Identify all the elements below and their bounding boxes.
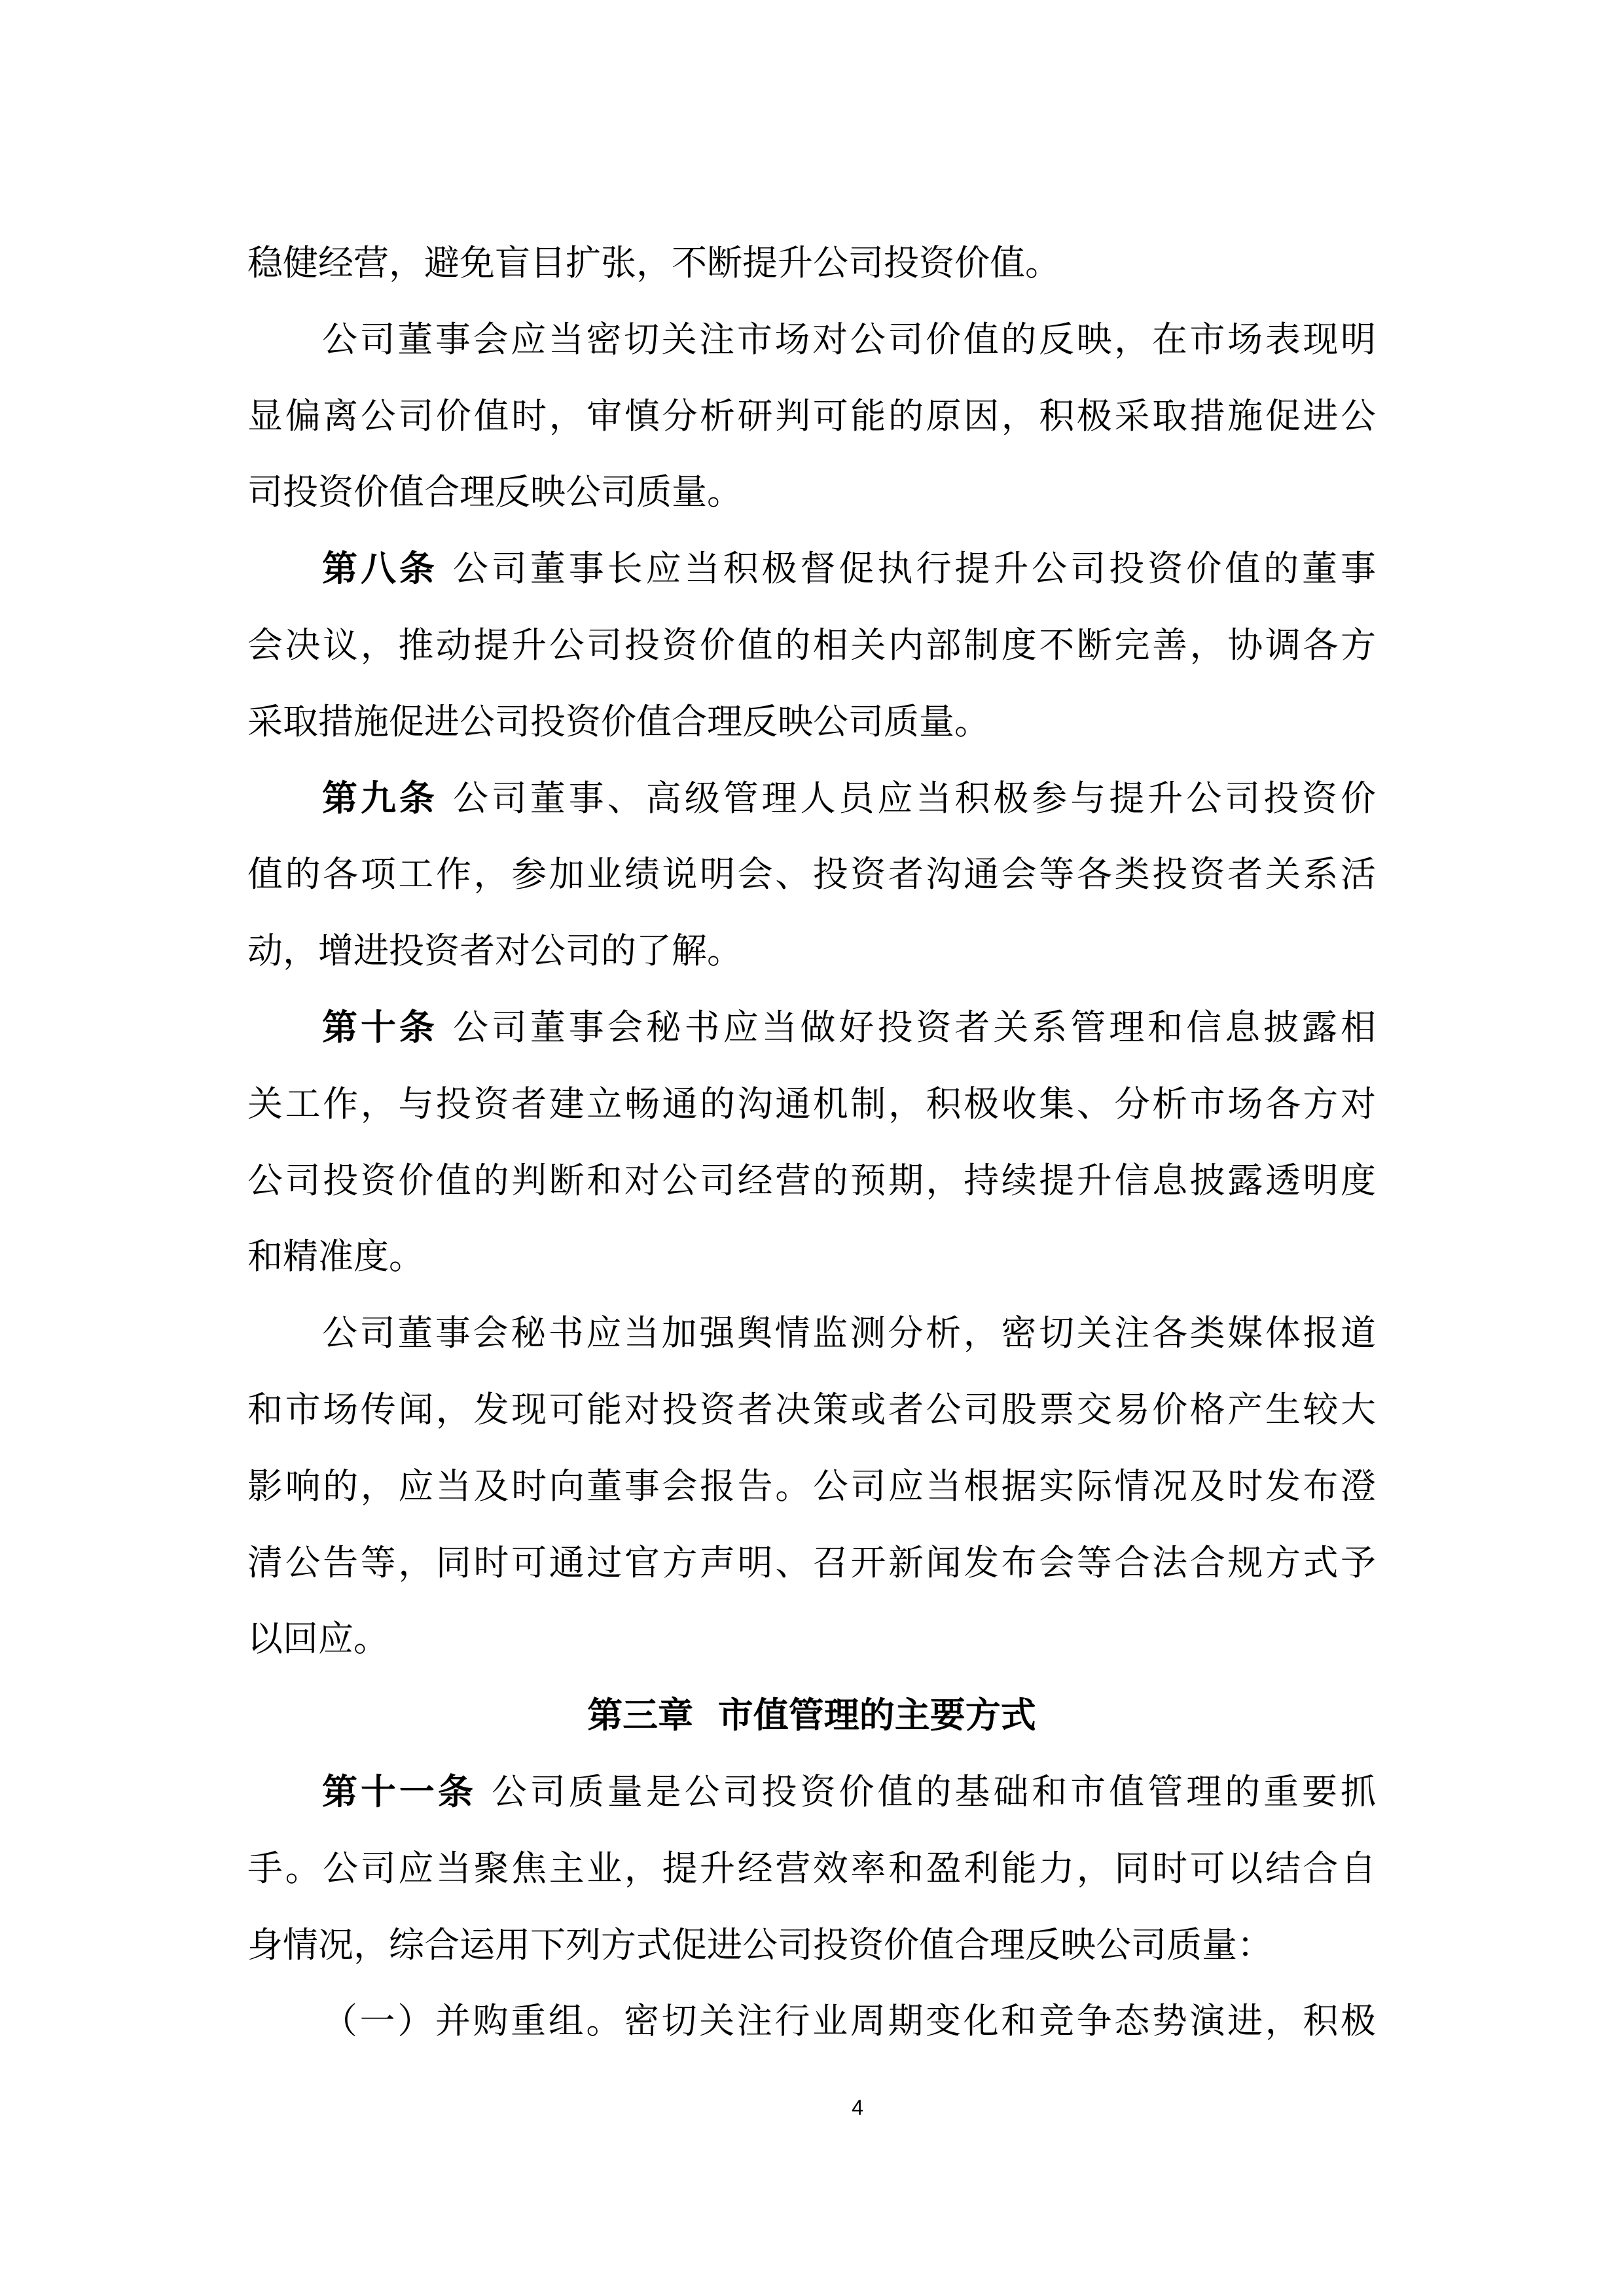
paragraph-line: 值的各项工作，参加业绩说明会、投资者沟通会等各类投资者关系活 <box>247 847 1376 924</box>
paragraph-line: 和市场传闻，发现可能对投资者决策或者公司股票交易价格产生较大 <box>247 1382 1376 1459</box>
paragraph-line: 公司董事会秘书应当加强舆情监测分析，密切关注各类媒体报道 <box>247 1306 1376 1382</box>
chapter-heading: 第三章 市值管理的主要方式 <box>247 1688 1376 1765</box>
paragraph-line: 显偏离公司价值时，审慎分析研判可能的原因，积极采取措施促进公 <box>247 389 1376 465</box>
paragraph-line: 会决议，推动提升公司投资价值的相关内部制度不断完善，协调各方 <box>247 618 1376 694</box>
paragraph-line: 和精准度。 <box>247 1229 1376 1306</box>
article-11-text: 公司质量是公司投资价值的基础和市值管理的重要抓 <box>488 1771 1376 1812</box>
article-10-label: 第十条 <box>322 1007 438 1048</box>
page-number: 4 <box>844 2094 871 2121</box>
article-11-label: 第十一条 <box>322 1771 477 1812</box>
document-page: 稳健经营，避免盲目扩张，不断提升公司投资价值。 公司董事会应当密切关注市场对公司… <box>0 0 1624 2296</box>
paragraph-line: 身情况，综合运用下列方式促进公司投资价值合理反映公司质量： <box>247 1918 1376 1994</box>
article-9-label: 第九条 <box>322 778 438 819</box>
paragraph-line: 稳健经营，避免盲目扩张，不断提升公司投资价值。 <box>247 236 1376 312</box>
paragraph-line: 关工作，与投资者建立畅通的沟通机制，积极收集、分析市场各方对 <box>247 1077 1376 1153</box>
paragraph-line: 动，增进投资者对公司的了解。 <box>247 924 1376 1000</box>
paragraph-line: 采取措施促进公司投资价值合理反映公司质量。 <box>247 694 1376 771</box>
paragraph-line: 公司投资价值的判断和对公司经营的预期，持续提升信息披露透明度 <box>247 1153 1376 1230</box>
paragraph-line: 清公告等，同时可通过官方声明、召开新闻发布会等合法合规方式予 <box>247 1535 1376 1612</box>
paragraph-line: 以回应。 <box>247 1611 1376 1688</box>
list-item-1: （一）并购重组。密切关注行业周期变化和竞争态势演进，积极 <box>247 1994 1376 2070</box>
article-8-first-line: 第八条公司董事长应当积极督促执行提升公司投资价值的董事 <box>247 541 1376 618</box>
article-10-first-line: 第十条公司董事会秘书应当做好投资者关系管理和信息披露相 <box>247 1000 1376 1077</box>
article-9-first-line: 第九条公司董事、高级管理人员应当积极参与提升公司投资价 <box>247 771 1376 848</box>
paragraph-line: 手。公司应当聚焦主业，提升经营效率和盈利能力，同时可以结合自 <box>247 1841 1376 1918</box>
paragraph-line: 影响的，应当及时向董事会报告。公司应当根据实际情况及时发布澄 <box>247 1459 1376 1535</box>
paragraph-line: 司投资价值合理反映公司质量。 <box>247 465 1376 541</box>
body-text: 稳健经营，避免盲目扩张，不断提升公司投资价值。 公司董事会应当密切关注市场对公司… <box>247 236 1376 2070</box>
article-10-text: 公司董事会秘书应当做好投资者关系管理和信息披露相 <box>450 1007 1376 1048</box>
article-8-label: 第八条 <box>322 548 438 589</box>
article-8-text: 公司董事长应当积极督促执行提升公司投资价值的董事 <box>450 548 1376 589</box>
paragraph-line: 公司董事会应当密切关注市场对公司价值的反映，在市场表现明 <box>247 312 1376 389</box>
article-11-first-line: 第十一条公司质量是公司投资价值的基础和市值管理的重要抓 <box>247 1765 1376 1841</box>
article-9-text: 公司董事、高级管理人员应当积极参与提升公司投资价 <box>450 778 1376 819</box>
